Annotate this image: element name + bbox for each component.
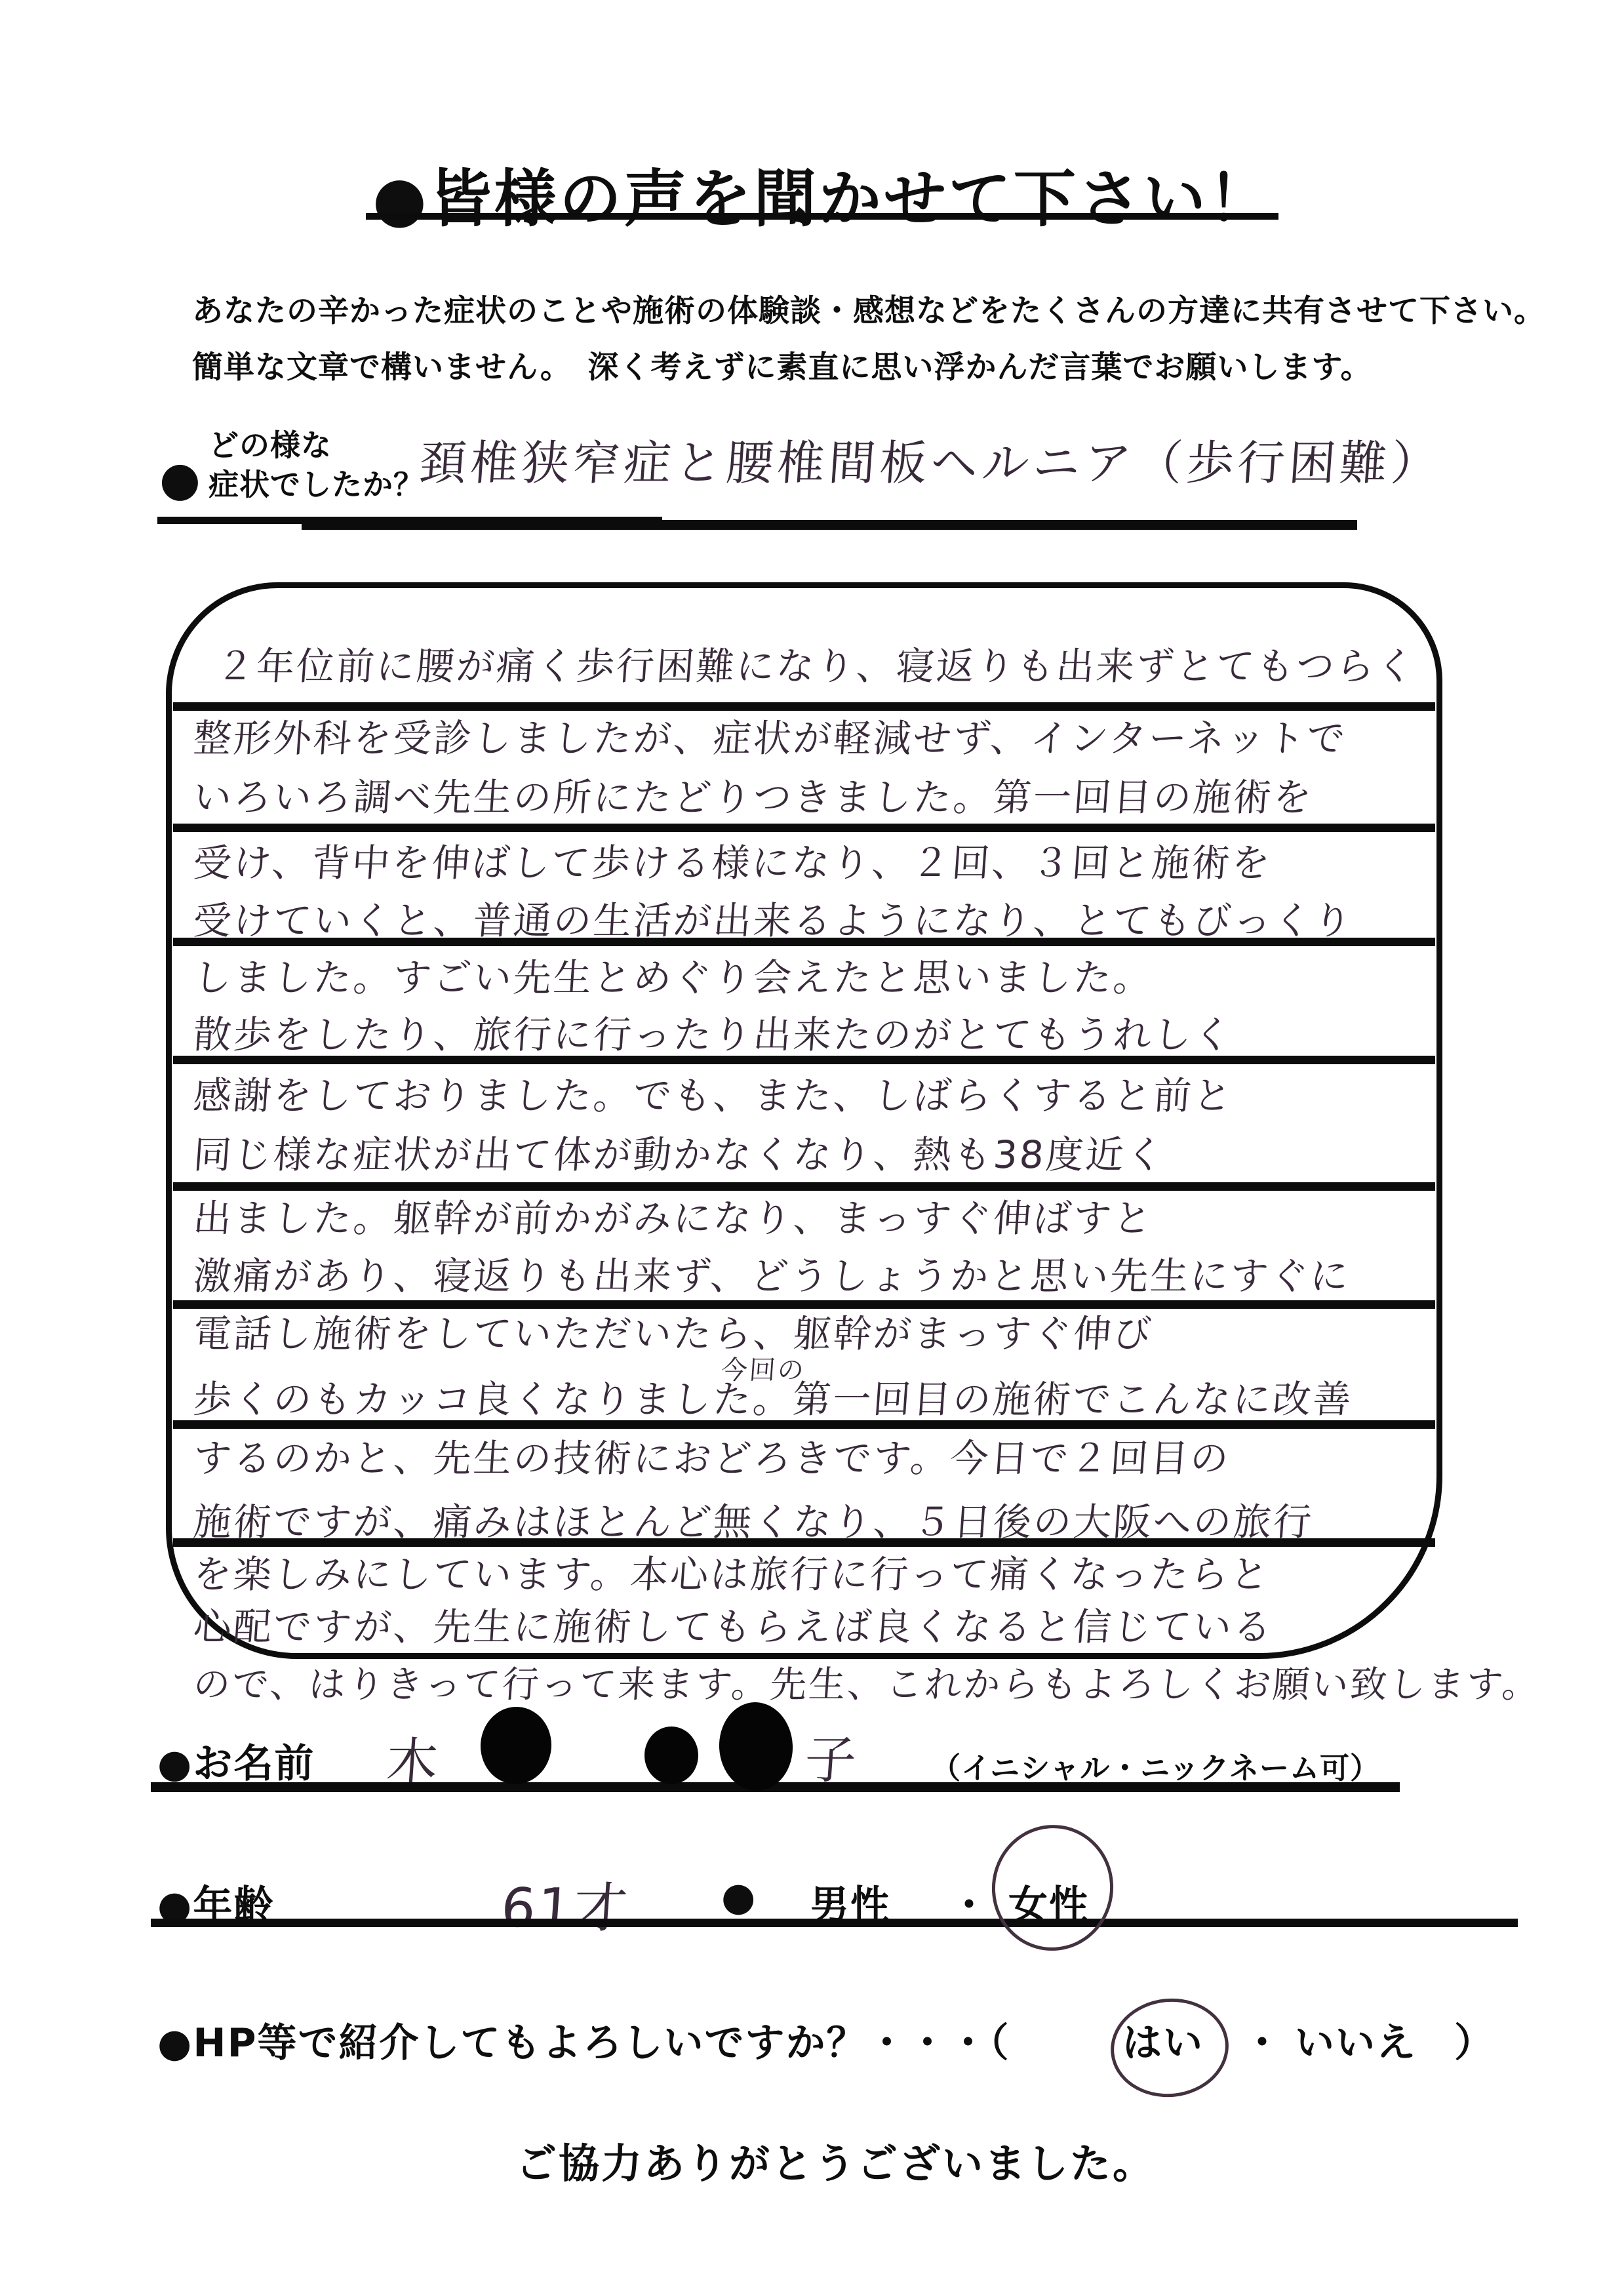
selected-gender-circle (984, 1817, 1122, 1959)
symptom-question-line2: 症状でしたか？ (208, 467, 424, 502)
testimonial-line: ２年位前に腰が痛く歩行困難になり、寝返りも出来ずとてもつらく (215, 645, 1418, 688)
intro-line-2: 簡単な文章で構いません。 深く考えずに素直に思い浮かんだ言葉でお願いします。 (192, 343, 1372, 387)
name-note: （イニシャル・ニックネーム可） (931, 1744, 1380, 1787)
testimonial-line: 同じ様な症状が出て体が動かなくなり、熱も38度近く (192, 1133, 1167, 1177)
testimonial-line: しました。すごい先生とめぐり会えたと思いました。 (192, 956, 1155, 1000)
hp-no-label: いいえ (1295, 2012, 1417, 2068)
ruled-line (173, 1300, 1435, 1309)
testimonial-line: 散歩をしたり、旅行に行ったり出来たのがとてもうれしく (192, 1013, 1235, 1057)
redaction-mark (717, 1700, 795, 1793)
gender-bullet-icon: ● (721, 1874, 757, 1920)
ruled-line (173, 702, 1435, 711)
symptom-bullet-icon: ● (159, 451, 202, 506)
intro-line-1: あなたの辛かった症状のことや施術の体験談・感想などをたくさんの方達に共有させて下… (192, 287, 1545, 330)
testimonial-line: 激痛があり、寝返りも出来ず、どうしょうかと思い先生にすぐに (192, 1254, 1352, 1298)
selected-yes-circle (1106, 1993, 1234, 2103)
name-label: ●お名前 (157, 1732, 315, 1789)
testimonial-line: を楽しみにしています。本心は旅行に行って痛くなったらと (192, 1553, 1272, 1597)
testimonial-line: 心配ですが、先生に施術してもらえば良くなると信じている (192, 1605, 1275, 1649)
symptom-answer: 頚椎狭窄症と腰椎間板ヘルニア（歩行困難） (417, 425, 1444, 493)
testimonial-insertion: 今回の (720, 1349, 807, 1387)
age-underline (151, 1919, 1518, 1927)
hp-paren-close: ） (1454, 2012, 1495, 2068)
thanks-text: ご協力ありがとうございました。 (516, 2131, 1155, 2189)
age-value: 61才 (499, 1866, 633, 1942)
scanned-feedback-form: ●皆様の声を聞かせて下さい！ あなたの辛かった症状のことや施術の体験談・感想など… (0, 0, 1624, 2295)
testimonial-line: するのかと、先生の技術におどろきです。今日で２回目の (192, 1437, 1232, 1481)
symptom-underline-b (302, 520, 1357, 530)
hp-separator-dot: ・ (1242, 2012, 1283, 2068)
redaction-mark (478, 1704, 554, 1786)
ruled-line (173, 824, 1435, 832)
testimonial-line: 電話し施術をしていただいたら、躯幹がまっすぐ伸び (192, 1312, 1155, 1356)
redaction-mark (644, 1726, 698, 1784)
ruled-line (173, 1182, 1435, 1191)
hp-question: ●HP等で紹介してもよろしいですか？・・・（ (157, 2012, 1010, 2068)
testimonial-line: 感謝をしておりました。でも、また、しばらくすると前と (192, 1074, 1235, 1118)
testimonial-line: いろいろ調べ先生の所にたどりつきました。第一回目の施術を (192, 776, 1315, 820)
symptom-question-line1: どの様な (208, 428, 332, 463)
testimonial-line: 出ました。躯幹が前かがみになり、まっすぐ伸ばすと (192, 1197, 1155, 1241)
page-title: ●皆様の声を聞かせて下さい！ (372, 150, 1273, 239)
testimonial-line: 整形外科を受診しましたが、症状が軽減せず、インターネットで (192, 717, 1349, 761)
testimonial-line: 施術ですが、痛みはほとんど無くなり、５日後の大阪への旅行 (192, 1500, 1315, 1544)
testimonial-line: ので、はりきって行って来ます。先生、これからもよろしくお願い致します。 (192, 1664, 1542, 1706)
title-underline (366, 213, 1278, 220)
testimonial-line: 受け、背中を伸ばして歩ける様になり、２回、３回と施術を (192, 841, 1273, 885)
testimonial-line: 受けていくと、普通の生活が出来るようになり、とてもびっくり (192, 899, 1355, 943)
